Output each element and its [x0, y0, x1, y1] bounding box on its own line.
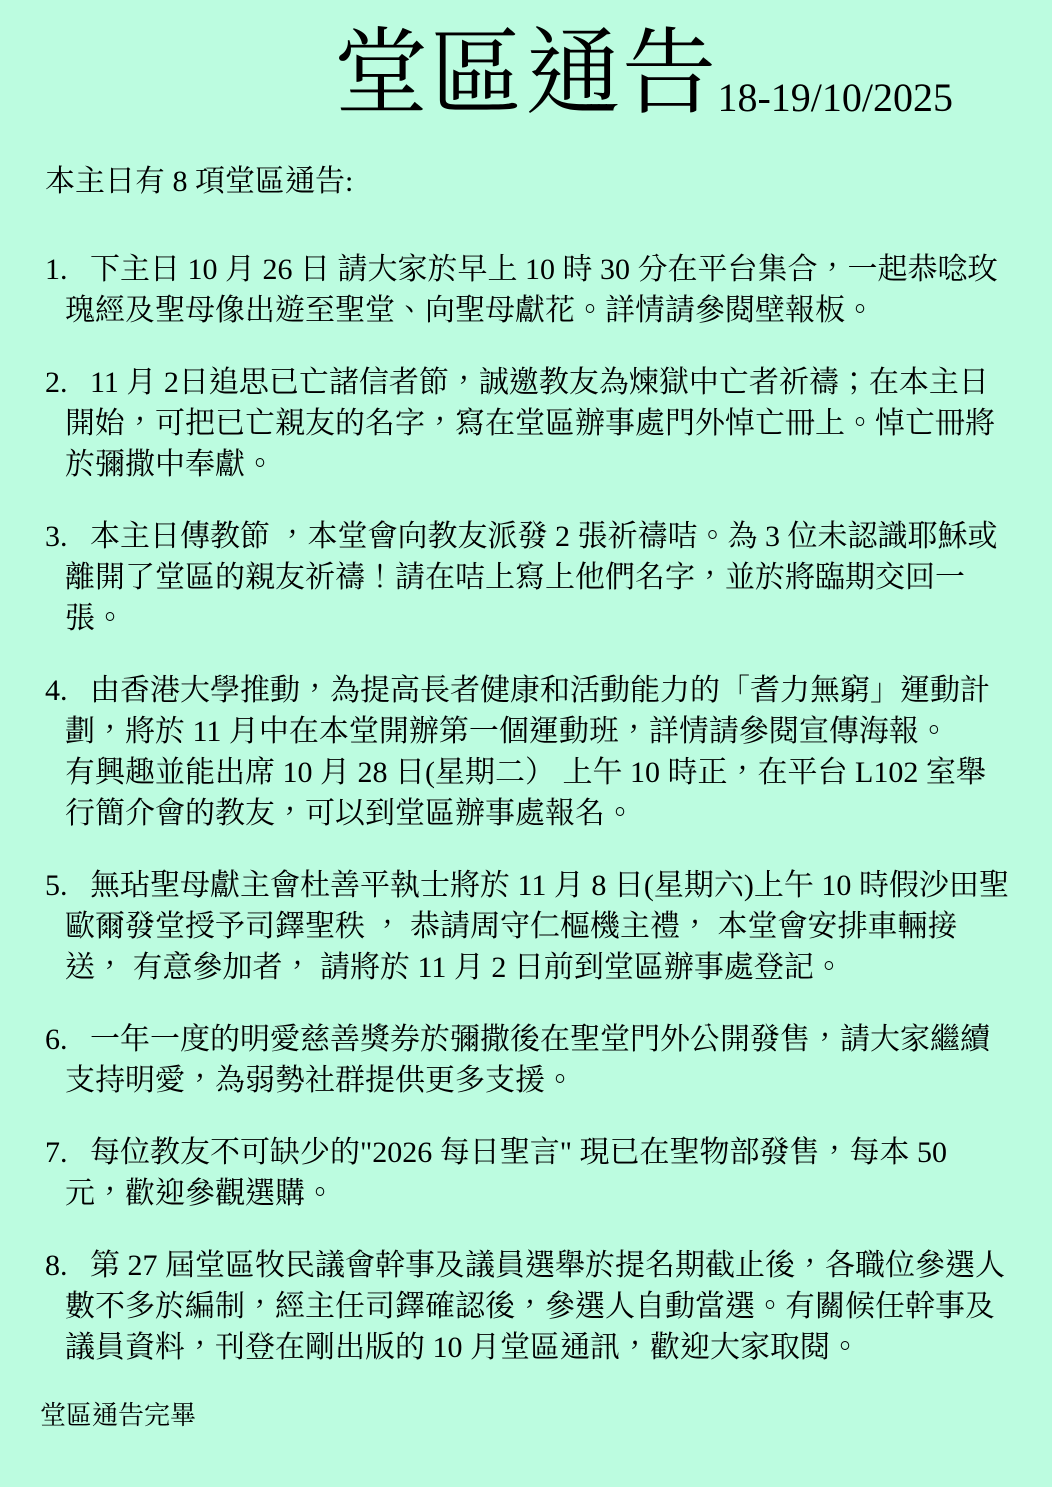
announcement-item-1: 1.下主日 10 月 26 日 請大家於早上 10 時 30 分在平台集合，一起…: [45, 249, 1012, 331]
announcement-text: 無玷聖母獻主會杜善平執士將於 11 月 8 日(星期六)上午 10 時假沙田聖歐…: [65, 869, 1009, 984]
announcement-number: 4.: [45, 670, 90, 711]
announcement-item-5: 5.無玷聖母獻主會杜善平執士將於 11 月 8 日(星期六)上午 10 時假沙田…: [45, 865, 1012, 988]
notice-date: 18-19/10/2025: [717, 74, 953, 122]
announcement-item-7: 7.每位教友不可缺少的"2026 每日聖言" 現已在聖物部發售，每本 50 元，…: [45, 1132, 1012, 1214]
announcement-text: 由香港大學推動，為提高長者健康和活動能力的「耆力無窮」運動計劃，將於 11 月中…: [65, 674, 990, 830]
intro-line: 本主日有 8 項堂區通告:: [45, 161, 1012, 202]
announcement-list: 1.下主日 10 月 26 日 請大家於早上 10 時 30 分在平台集合，一起…: [0, 249, 1052, 1368]
announcement-item-2: 2.11 月 2日追思已亡諸信者節，誠邀教友為煉獄中亡者祈禱；在本主日開始，可把…: [45, 362, 1012, 485]
notice-page: 堂區通告 18-19/10/2025 本主日有 8 項堂區通告: 1.下主日 1…: [0, 0, 1052, 1487]
announcement-number: 2.: [45, 362, 90, 403]
announcement-item-4: 4.由香港大學推動，為提高長者健康和活動能力的「耆力無窮」運動計劃，將於 11 …: [45, 670, 1012, 834]
announcement-number: 1.: [45, 249, 90, 290]
announcement-number: 6.: [45, 1019, 90, 1060]
announcement-item-6: 6.一年一度的明愛慈善獎券於彌撒後在聖堂門外公開發售，請大家繼續支持明愛，為弱勢…: [45, 1019, 1012, 1101]
announcement-number: 3.: [45, 516, 90, 557]
announcement-text: 11 月 2日追思已亡諸信者節，誠邀教友為煉獄中亡者祈禱；在本主日開始，可把已亡…: [65, 366, 995, 481]
announcement-text: 每位教友不可缺少的"2026 每日聖言" 現已在聖物部發售，每本 50 元，歡迎…: [65, 1136, 947, 1210]
announcement-number: 5.: [45, 865, 90, 906]
announcement-number: 7.: [45, 1132, 90, 1173]
announcement-text: 第 27 屆堂區牧民議會幹事及議員選舉於提名期截止後，各職位參選人數不多於編制，…: [65, 1249, 1005, 1364]
notice-header: 堂區通告 18-19/10/2025: [0, 18, 1052, 136]
announcement-text: 本主日傳教節 ，本堂會向教友派發 2 張祈禱咭。為 3 位未認識耶穌或離開了堂區…: [65, 520, 998, 635]
end-of-notices: 堂區通告完畢: [40, 1399, 1012, 1433]
announcement-text: 下主日 10 月 26 日 請大家於早上 10 時 30 分在平台集合，一起恭唸…: [65, 253, 998, 327]
announcement-text: 一年一度的明愛慈善獎券於彌撒後在聖堂門外公開發售，請大家繼續支持明愛，為弱勢社群…: [65, 1023, 990, 1097]
announcement-item-8: 8.第 27 屆堂區牧民議會幹事及議員選舉於提名期截止後，各職位參選人數不多於編…: [45, 1245, 1012, 1368]
announcement-number: 8.: [45, 1245, 90, 1286]
announcement-item-3: 3.本主日傳教節 ，本堂會向教友派發 2 張祈禱咭。為 3 位未認識耶穌或離開了…: [45, 516, 1012, 639]
